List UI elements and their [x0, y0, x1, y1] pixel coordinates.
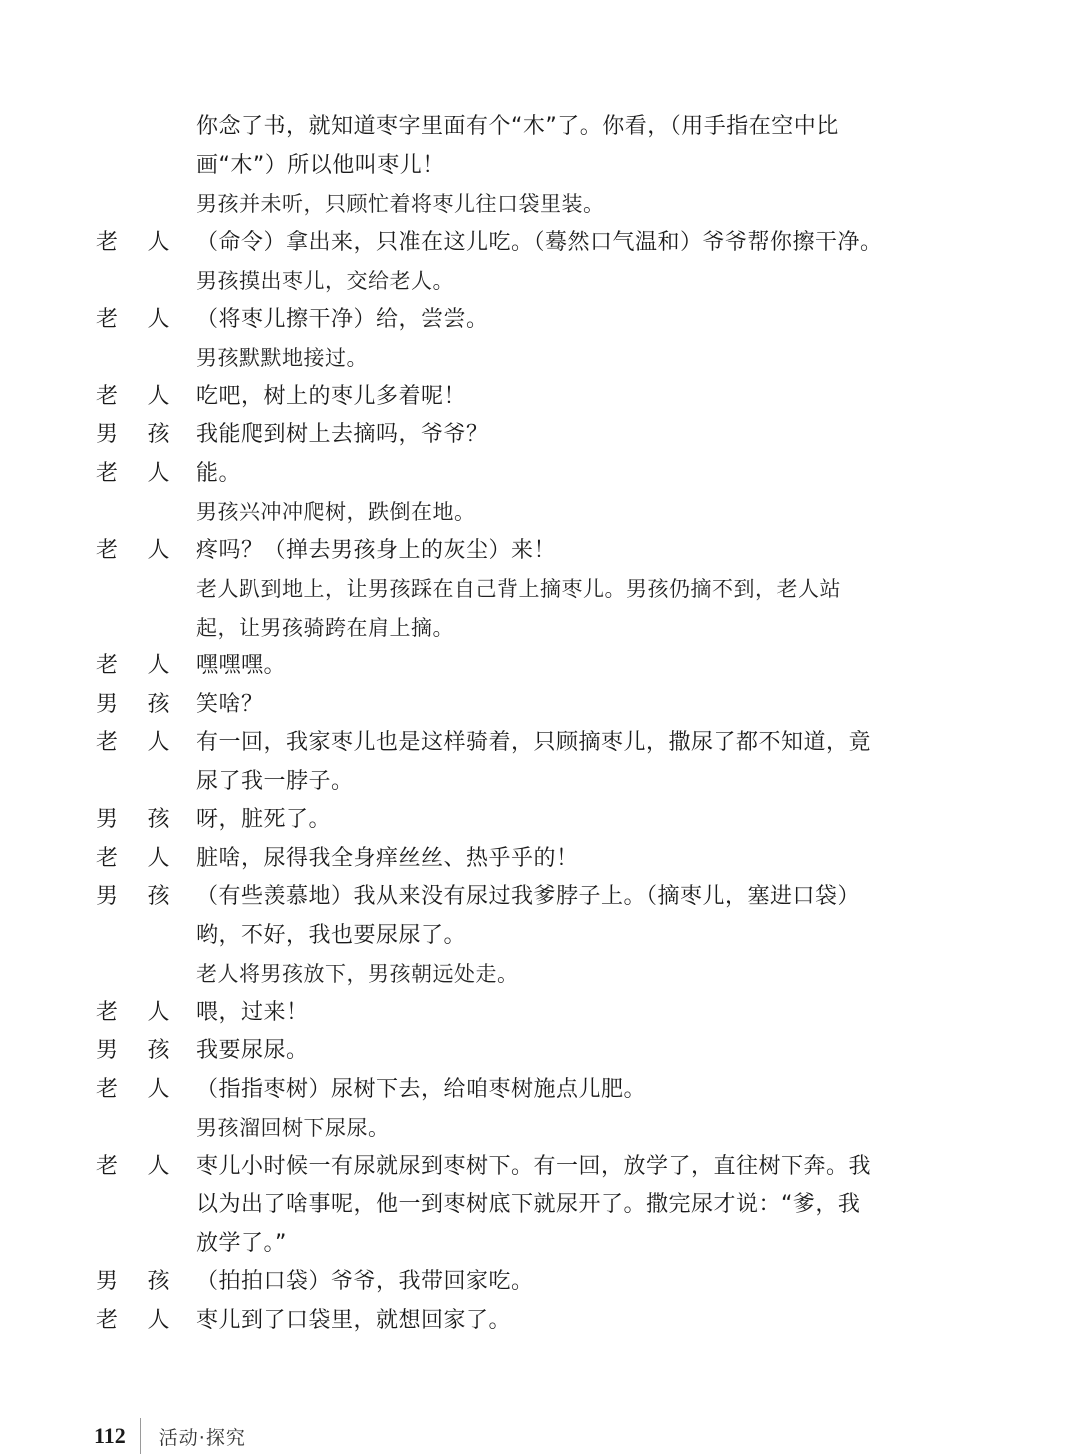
speaker-char: 男 — [96, 878, 119, 917]
speaker-char: 孩 — [147, 686, 170, 725]
speaker-char: 孩 — [147, 1263, 170, 1302]
stage-direction: 男孩默默地接过。 — [96, 339, 966, 378]
line-text: 呀，脏死了。 — [182, 801, 966, 840]
stage-direction: 男孩摸出枣儿，交给老人。 — [96, 262, 966, 301]
dialogue-line: 男孩呀，脏死了。 — [96, 801, 966, 840]
speaker-name: 老人 — [96, 724, 182, 763]
dialogue-continuation: 画“木”）所以他叫枣儿！ — [96, 147, 966, 186]
dialogue-line: 老人吃吧，树上的枣儿多着呢！ — [96, 378, 966, 417]
speaker-char: 男 — [96, 1032, 119, 1071]
dialogue-line: 男孩（有些羡慕地）我从来没有尿过我爹脖子上。（摘枣儿，塞进口袋） — [96, 878, 966, 917]
speaker-char: 男 — [96, 801, 119, 840]
speaker-name: 老人 — [96, 647, 182, 686]
dialogue-continuation: 你念了书，就知道枣字里面有个“木”了。你看，（用手指在空中比 — [96, 108, 966, 147]
speaker-char: 人 — [147, 1071, 170, 1110]
line-text: 笑啥？ — [182, 686, 966, 725]
speaker-char: 老 — [96, 647, 119, 686]
line-text: 画“木”）所以他叫枣儿！ — [196, 147, 966, 186]
footer-divider — [140, 1418, 141, 1454]
line-text: 吃吧，树上的枣儿多着呢！ — [182, 378, 966, 417]
line-text: 我能爬到树上去摘吗，爷爷？ — [182, 416, 966, 455]
speaker-char: 老 — [96, 532, 119, 571]
speaker-char: 老 — [96, 1302, 119, 1341]
dialogue-line: 老人能。 — [96, 455, 966, 494]
stage-direction: 老人趴到地上，让男孩踩在自己背上摘枣儿。男孩仍摘不到，老人站 — [96, 570, 966, 609]
speaker-char: 老 — [96, 994, 119, 1033]
speaker-name: 老人 — [96, 1302, 182, 1341]
line-text: 你念了书，就知道枣字里面有个“木”了。你看，（用手指在空中比 — [196, 108, 966, 147]
speaker-name: 老人 — [96, 1071, 182, 1110]
line-text: 哟，不好，我也要尿尿了。 — [196, 917, 966, 956]
speaker-char: 人 — [147, 532, 170, 571]
line-text: 嘿嘿嘿。 — [182, 647, 966, 686]
stage-direction-text: 男孩溜回树下尿尿。 — [196, 1109, 966, 1148]
speaker-name: 男孩 — [96, 878, 182, 917]
dialogue-continuation: 以为出了啥事呢，他一到枣树底下就尿开了。撒完尿才说：“爹，我 — [96, 1186, 966, 1225]
stage-direction: 男孩兴冲冲爬树，跌倒在地。 — [96, 493, 966, 532]
line-text: 枣儿小时候一有尿就尿到枣树下。有一回，放学了，直往树下奔。我 — [182, 1148, 966, 1187]
speaker-char: 老 — [96, 224, 119, 263]
speaker-name: 老人 — [96, 840, 182, 879]
dialogue-line: 老人（指指枣树）尿树下去，给咱枣树施点儿肥。 — [96, 1071, 966, 1110]
speaker-char: 孩 — [147, 416, 170, 455]
speaker-name: 男孩 — [96, 1032, 182, 1071]
speaker-char: 人 — [147, 724, 170, 763]
dialogue-line: 老人脏啥，尿得我全身痒丝丝、热乎乎的！ — [96, 840, 966, 879]
speaker-char: 孩 — [147, 801, 170, 840]
speaker-name: 老人 — [96, 224, 182, 263]
speaker-name: 老人 — [96, 378, 182, 417]
dialogue-line: 男孩我能爬到树上去摘吗，爷爷？ — [96, 416, 966, 455]
line-text: 枣儿到了口袋里，就想回家了。 — [182, 1302, 966, 1341]
stage-direction-text: 男孩默默地接过。 — [196, 339, 966, 378]
dialogue-continuation: 哟，不好，我也要尿尿了。 — [96, 917, 966, 956]
line-text: （命令）拿出来，只准在这儿吃。（蓦然口气温和）爷爷帮你擦干净。 — [182, 224, 966, 263]
line-text: 放学了。” — [196, 1225, 966, 1264]
stage-direction-text: 起，让男孩骑跨在肩上摘。 — [196, 609, 966, 648]
line-text: 疼吗？（掸去男孩身上的灰尘）来！ — [182, 532, 966, 571]
dialogue-line: 老人（将枣儿擦干净）给，尝尝。 — [96, 301, 966, 340]
dialogue-line: 老人疼吗？（掸去男孩身上的灰尘）来！ — [96, 532, 966, 571]
speaker-char: 人 — [147, 647, 170, 686]
speaker-char: 男 — [96, 686, 119, 725]
dialogue-line: 老人（命令）拿出来，只准在这儿吃。（蓦然口气温和）爷爷帮你擦干净。 — [96, 224, 966, 263]
stage-direction: 男孩并未听，只顾忙着将枣儿往口袋里装。 — [96, 185, 966, 224]
speaker-name: 老人 — [96, 994, 182, 1033]
stage-direction-text: 男孩兴冲冲爬树，跌倒在地。 — [196, 493, 966, 532]
stage-direction-text: 老人将男孩放下，男孩朝远处走。 — [196, 955, 966, 994]
page-number: 112 — [94, 1423, 140, 1449]
line-text: 我要尿尿。 — [182, 1032, 966, 1071]
speaker-char: 人 — [147, 994, 170, 1033]
speaker-char: 人 — [147, 455, 170, 494]
line-text: （有些羡慕地）我从来没有尿过我爹脖子上。（摘枣儿，塞进口袋） — [182, 878, 966, 917]
speaker-name: 老人 — [96, 301, 182, 340]
speaker-char: 老 — [96, 1071, 119, 1110]
line-text: （指指枣树）尿树下去，给咱枣树施点儿肥。 — [182, 1071, 966, 1110]
line-text: 尿了我一脖子。 — [196, 763, 966, 802]
line-text: 脏啥，尿得我全身痒丝丝、热乎乎的！ — [182, 840, 966, 879]
speaker-name: 男孩 — [96, 801, 182, 840]
dialogue-line: 老人嘿嘿嘿。 — [96, 647, 966, 686]
speaker-char: 老 — [96, 724, 119, 763]
speaker-char: 老 — [96, 378, 119, 417]
dialogue-line: 男孩笑啥？ — [96, 686, 966, 725]
speaker-char: 老 — [96, 840, 119, 879]
line-text: 能。 — [182, 455, 966, 494]
dialogue-line: 男孩（拍拍口袋）爷爷，我带回家吃。 — [96, 1263, 966, 1302]
speaker-char: 人 — [147, 301, 170, 340]
stage-direction-text: 男孩摸出枣儿，交给老人。 — [196, 262, 966, 301]
dialogue-line: 老人枣儿到了口袋里，就想回家了。 — [96, 1302, 966, 1341]
line-text: 有一回，我家枣儿也是这样骑着，只顾摘枣儿，撒尿了都不知道，竟 — [182, 724, 966, 763]
speaker-char: 人 — [147, 1302, 170, 1341]
speaker-name: 老人 — [96, 455, 182, 494]
speaker-char: 人 — [147, 378, 170, 417]
dialogue-line: 老人枣儿小时候一有尿就尿到枣树下。有一回，放学了，直往树下奔。我 — [96, 1148, 966, 1187]
speaker-char: 人 — [147, 840, 170, 879]
line-text: （拍拍口袋）爷爷，我带回家吃。 — [182, 1263, 966, 1302]
dialogue-line: 老人喂，过来！ — [96, 994, 966, 1033]
dialogue-continuation: 尿了我一脖子。 — [96, 763, 966, 802]
stage-direction-text: 老人趴到地上，让男孩踩在自己背上摘枣儿。男孩仍摘不到，老人站 — [196, 570, 966, 609]
script-page: 你念了书，就知道枣字里面有个“木”了。你看，（用手指在空中比画“木”）所以他叫枣… — [96, 108, 966, 1340]
line-text: （将枣儿擦干净）给，尝尝。 — [182, 301, 966, 340]
speaker-char: 老 — [96, 455, 119, 494]
line-text: 喂，过来！ — [182, 994, 966, 1033]
dialogue-line: 男孩我要尿尿。 — [96, 1032, 966, 1071]
page-footer: 112 活动·探究 — [94, 1418, 246, 1454]
speaker-name: 男孩 — [96, 686, 182, 725]
speaker-char: 人 — [147, 1148, 170, 1187]
stage-direction: 男孩溜回树下尿尿。 — [96, 1109, 966, 1148]
speaker-name: 男孩 — [96, 1263, 182, 1302]
dialogue-line: 老人有一回，我家枣儿也是这样骑着，只顾摘枣儿，撒尿了都不知道，竟 — [96, 724, 966, 763]
dialogue-continuation: 放学了。” — [96, 1225, 966, 1264]
speaker-char: 老 — [96, 301, 119, 340]
speaker-char: 男 — [96, 1263, 119, 1302]
speaker-name: 男孩 — [96, 416, 182, 455]
speaker-char: 男 — [96, 416, 119, 455]
line-text: 以为出了啥事呢，他一到枣树底下就尿开了。撒完尿才说：“爹，我 — [196, 1186, 966, 1225]
stage-direction: 老人将男孩放下，男孩朝远处走。 — [96, 955, 966, 994]
speaker-name: 老人 — [96, 1148, 182, 1187]
speaker-char: 老 — [96, 1148, 119, 1187]
speaker-name: 老人 — [96, 532, 182, 571]
stage-direction: 起，让男孩骑跨在肩上摘。 — [96, 609, 966, 648]
stage-direction-text: 男孩并未听，只顾忙着将枣儿往口袋里装。 — [196, 185, 966, 224]
speaker-char: 人 — [147, 224, 170, 263]
section-label: 活动·探究 — [159, 1423, 246, 1450]
speaker-char: 孩 — [147, 878, 170, 917]
speaker-char: 孩 — [147, 1032, 170, 1071]
